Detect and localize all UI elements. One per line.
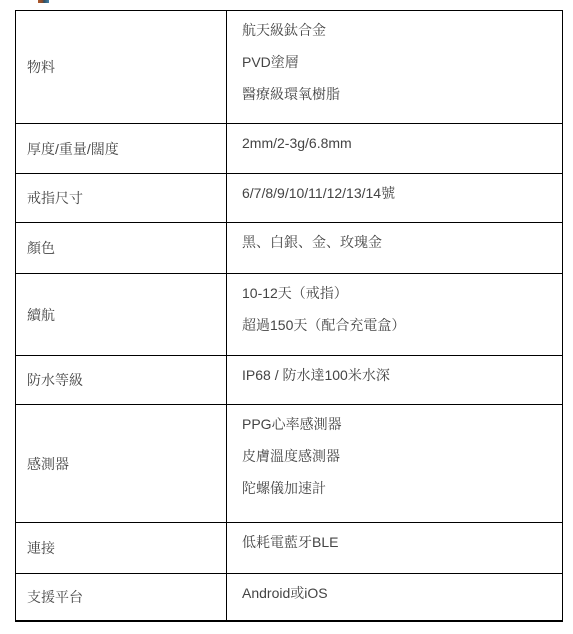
value-line: PVD塗層 <box>242 51 556 73</box>
row-label: 支援平台 <box>27 589 83 605</box>
table-row-thickness-weight-width: 厚度/重量/闊度 2mm/2-3g/6.8mm <box>16 124 563 174</box>
row-label: 厚度/重量/闊度 <box>27 141 119 157</box>
row-value-cell: IP68 / 防水達100米水深 <box>227 356 563 405</box>
row-label-cell: 顏色 <box>16 223 227 274</box>
table-row-connectivity: 連接 低耗電藍牙BLE <box>16 523 563 574</box>
row-label: 感測器 <box>27 456 69 472</box>
value-line: 10-12天（戒指） <box>242 282 556 304</box>
row-label-cell: 物料 <box>16 11 227 124</box>
row-label: 連接 <box>27 540 55 556</box>
row-value-cell: Android或iOS <box>227 574 563 621</box>
row-value-cell: 6/7/8/9/10/11/12/13/14號 <box>227 174 563 223</box>
row-value-cell: 10-12天（戒指） 超過150天（配合充電盒） <box>227 274 563 356</box>
row-label: 戒指尺寸 <box>27 190 83 206</box>
table-row-sensors: 感測器 PPG心率感測器 皮膚溫度感測器 陀螺儀加速計 <box>16 405 563 523</box>
row-label: 顏色 <box>27 240 55 256</box>
row-label: 物料 <box>27 59 55 75</box>
row-label-cell: 防水等級 <box>16 356 227 405</box>
row-value-cell: 2mm/2-3g/6.8mm <box>227 124 563 174</box>
row-label-cell: 厚度/重量/闊度 <box>16 124 227 174</box>
table-row-waterproof-rating: 防水等級 IP68 / 防水達100米水深 <box>16 356 563 405</box>
table-row-ring-size: 戒指尺寸 6/7/8/9/10/11/12/13/14號 <box>16 174 563 223</box>
value-line: IP68 / 防水達100米水深 <box>242 364 556 386</box>
value-line: 陀螺儀加速計 <box>242 477 556 499</box>
row-label-cell: 續航 <box>16 274 227 356</box>
row-value-cell: PPG心率感測器 皮膚溫度感測器 陀螺儀加速計 <box>227 405 563 523</box>
row-label-cell: 連接 <box>16 523 227 574</box>
table-row-supported-platforms: 支援平台 Android或iOS <box>16 574 563 621</box>
row-value-cell: 黑、白銀、金、玫瑰金 <box>227 223 563 274</box>
table-row-battery-life: 續航 10-12天（戒指） 超過150天（配合充電盒） <box>16 274 563 356</box>
value-line: 航天級鈦合金 <box>242 19 556 41</box>
row-label-cell: 支援平台 <box>16 574 227 621</box>
value-line: 超過150天（配合充電盒） <box>242 314 556 336</box>
table-row-color: 顏色 黑、白銀、金、玫瑰金 <box>16 223 563 274</box>
product-spec-table: 物料 航天級鈦合金 PVD塗層 醫療級環氧樹脂 厚度/重量/闊度 2mm/2-3… <box>15 10 563 622</box>
row-value-cell: 航天級鈦合金 PVD塗層 醫療級環氧樹脂 <box>227 11 563 124</box>
value-line: 皮膚溫度感測器 <box>242 445 556 467</box>
value-line: 黑、白銀、金、玫瑰金 <box>242 231 556 253</box>
cropped-emoji-fragment-icon <box>38 0 49 3</box>
table-row-material: 物料 航天級鈦合金 PVD塗層 醫療級環氧樹脂 <box>16 11 563 124</box>
row-label: 防水等級 <box>27 372 83 388</box>
row-value-cell: 低耗電藍牙BLE <box>227 523 563 574</box>
spec-table-body: 物料 航天級鈦合金 PVD塗層 醫療級環氧樹脂 厚度/重量/闊度 2mm/2-3… <box>16 11 563 621</box>
row-label: 續航 <box>27 307 55 323</box>
row-label-cell: 感測器 <box>16 405 227 523</box>
value-line: 2mm/2-3g/6.8mm <box>242 132 556 154</box>
value-line: 低耗電藍牙BLE <box>242 531 556 553</box>
row-label-cell: 戒指尺寸 <box>16 174 227 223</box>
value-line: Android或iOS <box>242 582 556 604</box>
value-line: 醫療級環氧樹脂 <box>242 83 556 105</box>
value-line: PPG心率感測器 <box>242 413 556 435</box>
value-line: 6/7/8/9/10/11/12/13/14號 <box>242 182 556 204</box>
